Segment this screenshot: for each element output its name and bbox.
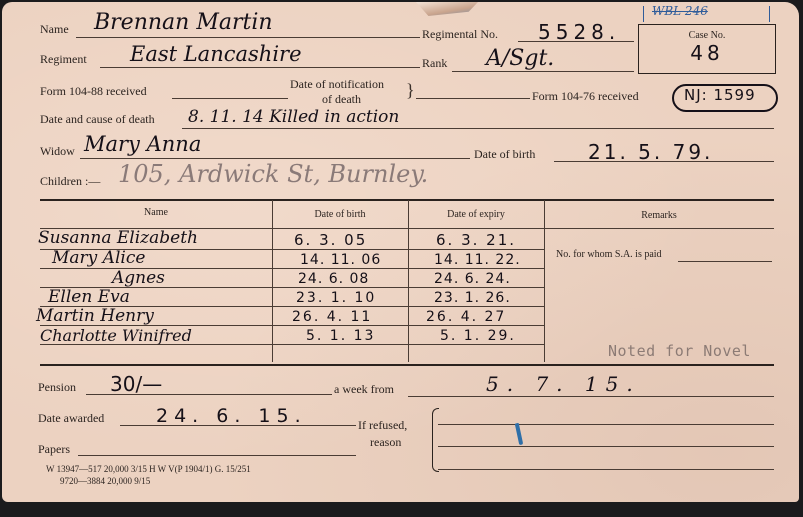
refused-line-3 xyxy=(438,469,774,470)
child-dob: 24. 6. 08 xyxy=(298,271,369,287)
date-cause-death-label: Date and cause of death xyxy=(40,112,155,127)
papers-label: Papers xyxy=(38,442,70,457)
date-awarded-value: 24. 6. 15. xyxy=(156,405,307,427)
refused-line-1 xyxy=(438,424,774,425)
header-dob: Date of birth xyxy=(272,209,408,220)
child-expiry: 5. 1. 29. xyxy=(440,328,516,344)
pension-record-card: Name Brennan Martin Regimental No. 5528.… xyxy=(2,2,799,502)
name-line xyxy=(76,37,420,38)
blue-mark-right xyxy=(769,6,770,22)
pension-label: Pension xyxy=(38,380,76,395)
date-cause-death-line xyxy=(182,128,774,129)
if-refused-label-2: reason xyxy=(370,435,401,450)
footnote-line-1: W 13947—517 20,000 3/15 H W V(P 1904/1) … xyxy=(46,464,251,474)
pension-value: 30/— xyxy=(110,372,162,396)
child-dob: 5. 1. 13 xyxy=(306,328,375,344)
date-cause-death-value: 8. 11. 14 Killed in action xyxy=(188,107,399,127)
children-label: Children :— xyxy=(40,174,100,189)
regimental-no-label: Regimental No. xyxy=(422,27,498,42)
table-top-rule xyxy=(40,199,774,201)
sa-paid-label: No. for whom S.A. is paid xyxy=(556,249,662,260)
name-value: Brennan Martin xyxy=(94,10,273,35)
child-name: Agnes xyxy=(112,268,165,288)
child-dob: 23. 1. 10 xyxy=(296,290,376,306)
col-divider-1 xyxy=(272,200,273,362)
date-notification-label-1: Date of notification xyxy=(290,77,384,92)
form-104-88-label: Form 104-88 received xyxy=(40,84,147,99)
address-pencil: 105, Ardwick St, Burnley. xyxy=(118,160,428,188)
notification-brace: } xyxy=(406,80,415,101)
col-divider-2 xyxy=(408,200,409,362)
rank-label: Rank xyxy=(422,56,447,71)
header-name: Name xyxy=(40,207,272,218)
child-expiry: 6. 3. 21. xyxy=(436,231,516,249)
regimental-no-value: 5528. xyxy=(538,20,620,44)
header-remarks: Remarks xyxy=(544,210,774,221)
widow-dob-value: 21. 5. 79. xyxy=(588,140,713,164)
footnote-line-2: 9720—3884 20,000 9/15 xyxy=(60,476,150,486)
child-name: Mary Alice xyxy=(52,248,145,268)
notification-line xyxy=(416,98,530,99)
case-no-value: 48 xyxy=(639,41,775,65)
name-label: Name xyxy=(40,22,69,37)
child-expiry: 24. 6. 24. xyxy=(434,271,511,287)
child-dob: 14. 11. 06 xyxy=(300,252,381,268)
child-name: Charlotte Winifred xyxy=(40,326,192,345)
widow-line xyxy=(80,158,470,159)
widow-label: Widow xyxy=(40,144,75,159)
blue-ink-mark xyxy=(515,423,523,445)
refused-line-2 xyxy=(438,446,774,447)
if-refused-label-1: If refused, xyxy=(358,418,407,433)
child-dob: 6. 3. 05 xyxy=(294,231,367,249)
blue-mark-left xyxy=(643,6,644,22)
child-name: Susanna Elizabeth xyxy=(38,228,198,248)
child-name: Ellen Eva xyxy=(48,287,130,307)
child-name: Martin Henry xyxy=(36,306,154,326)
widow-value: Mary Anna xyxy=(84,132,201,156)
papers-line xyxy=(78,455,356,456)
noted-stamp: Noted for Novel xyxy=(608,342,751,360)
col-divider-3 xyxy=(544,200,545,362)
rank-line xyxy=(452,71,634,72)
week-from-value: 5. 7. 15. xyxy=(486,372,641,396)
week-from-label: a week from xyxy=(334,382,394,397)
child-expiry: 26. 4. 27 xyxy=(426,309,506,325)
form-104-76-label: Form 104-76 received xyxy=(532,89,639,104)
regiment-value: East Lancashire xyxy=(130,42,302,66)
date-notification-label-2: of death xyxy=(322,92,361,107)
refused-bracket xyxy=(432,408,439,472)
rank-value: A/Sgt. xyxy=(486,46,554,71)
widow-dob-label: Date of birth xyxy=(474,147,535,162)
form-104-88-line xyxy=(172,98,288,99)
regiment-label: Regiment xyxy=(40,52,87,67)
header-expiry: Date of expiry xyxy=(408,209,544,220)
child-expiry: 23. 1. 26. xyxy=(434,290,511,306)
form-104-76-value: NJ: 1599 xyxy=(684,86,756,104)
case-no-label: Case No. xyxy=(639,30,775,41)
torn-corner xyxy=(416,2,478,16)
regiment-line xyxy=(100,67,420,68)
sa-paid-line xyxy=(678,261,772,262)
table-bottom-rule xyxy=(40,364,774,366)
child-expiry: 14. 11. 22. xyxy=(434,252,521,268)
week-from-line xyxy=(408,396,774,397)
crossed-case-ref: WBL 246 xyxy=(652,4,708,18)
child-dob: 26. 4. 11 xyxy=(292,309,372,325)
date-awarded-label: Date awarded xyxy=(38,411,104,426)
case-no-box: Case No. 48 xyxy=(638,24,776,74)
